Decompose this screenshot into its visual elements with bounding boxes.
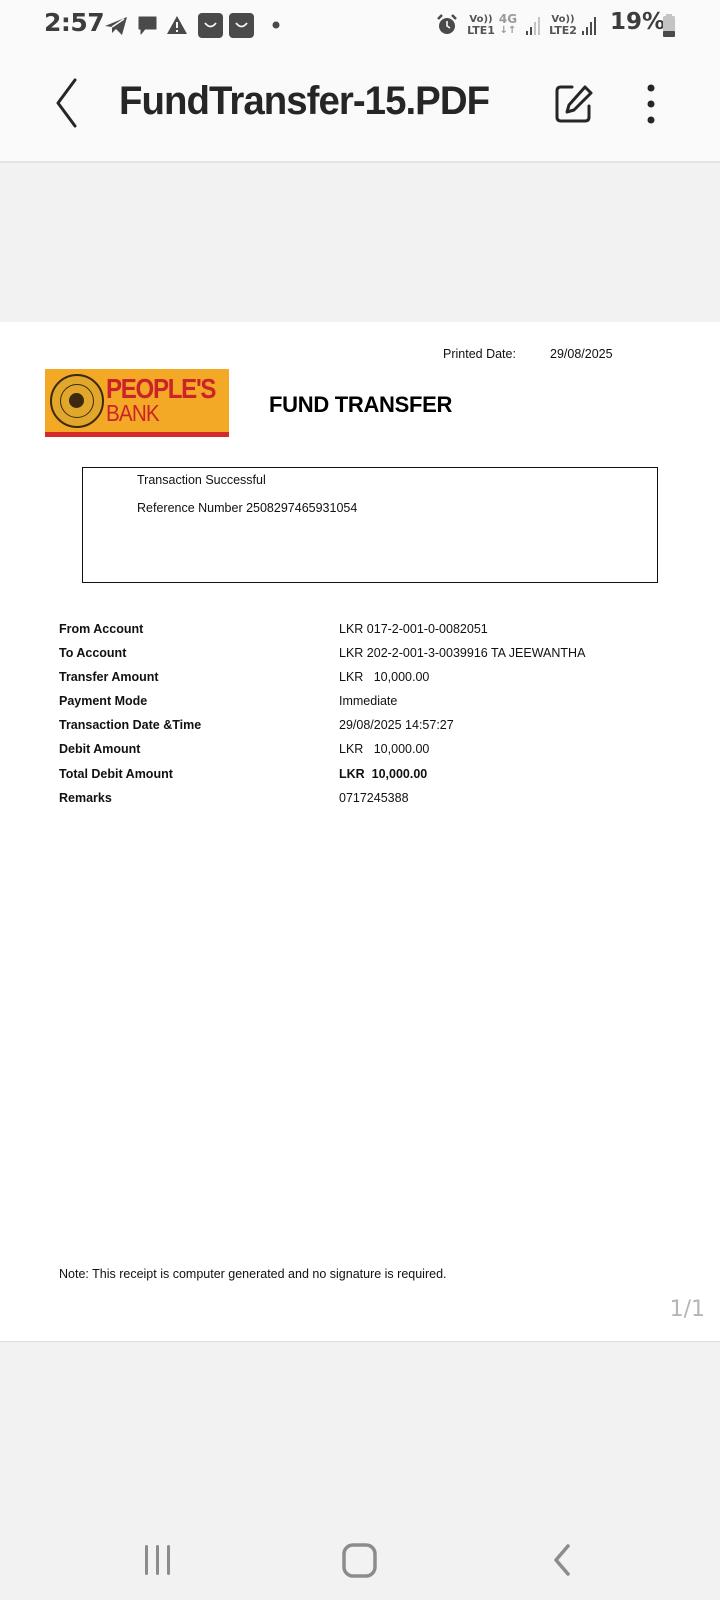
detail-row: Transfer AmountLKR 10,000.00 <box>59 670 679 694</box>
logo-strip <box>45 432 229 437</box>
volte-sim1-icon: Vo)) LTE1 <box>466 14 496 36</box>
transaction-status-box: Transaction Successful Reference Number … <box>82 467 658 583</box>
seal-gear <box>69 393 84 408</box>
pdf-page[interactable]: Printed Date: 29/08/2025 PEOPLE'S BANK F… <box>0 322 720 1342</box>
back-button[interactable] <box>48 76 88 132</box>
detail-label: To Account <box>59 646 126 660</box>
recents-icon <box>128 1533 188 1583</box>
printed-date-label: Printed Date: <box>443 347 516 361</box>
detail-label: From Account <box>59 622 143 636</box>
detail-row: Remarks0717245388 <box>59 791 679 815</box>
detail-value: LKR 10,000.00 <box>339 742 429 756</box>
shopping-bag-icon <box>229 13 254 38</box>
detail-label: Debit Amount <box>59 742 140 756</box>
back-icon <box>532 1533 592 1583</box>
edit-button[interactable] <box>552 82 596 126</box>
warning-icon <box>166 15 188 35</box>
detail-label: Transaction Date &Time <box>59 718 201 732</box>
chevron-left-icon <box>48 76 88 132</box>
detail-value: LKR 202-2-001-3-0039916 TA JEEWANTHA <box>339 646 585 660</box>
document-heading: FUND TRANSFER <box>269 392 452 418</box>
detail-label: Total Debit Amount <box>59 767 173 781</box>
detail-label: Remarks <box>59 791 112 805</box>
status-time: 2:57 <box>44 8 104 37</box>
transaction-details: From AccountLKR 017-2-001-0-0082051To Ac… <box>59 622 679 815</box>
peoples-bank-logo: PEOPLE'S BANK <box>45 369 229 437</box>
detail-value: 0717245388 <box>339 791 409 805</box>
volte-sim2-icon: Vo)) LTE2 <box>548 14 578 36</box>
detail-row: Debit AmountLKR 10,000.00 <box>59 742 679 766</box>
battery-percent: 19% <box>610 9 665 35</box>
detail-label: Payment Mode <box>59 694 147 708</box>
dot-icon <box>272 21 280 29</box>
seal-ring <box>60 384 94 418</box>
detail-value: LKR 10,000.00 <box>339 767 427 781</box>
telegram-icon <box>104 15 128 37</box>
logo-text-bank: BANK <box>106 400 159 427</box>
detail-value: 29/08/2025 14:57:27 <box>339 718 454 732</box>
edit-icon <box>552 82 596 126</box>
navigation-bar <box>0 1533 720 1600</box>
page-indicator: 1/1 <box>670 1297 705 1322</box>
detail-row: Transaction Date &Time29/08/2025 14:57:2… <box>59 718 679 742</box>
more-options-button[interactable] <box>635 82 667 126</box>
battery-icon <box>662 14 676 38</box>
pdf-viewer[interactable]: Printed Date: 29/08/2025 PEOPLE'S BANK F… <box>0 163 720 1533</box>
shopping-bag-icon <box>198 13 223 38</box>
network-4g-icon: 4G ↓↑ <box>498 14 518 36</box>
more-vert-icon <box>635 82 667 126</box>
signal-icon <box>581 16 599 36</box>
detail-row: Total Debit AmountLKR 10,000.00 <box>59 767 679 791</box>
reference-number: Reference Number 2508297465931054 <box>137 501 357 515</box>
detail-value: LKR 10,000.00 <box>339 670 429 684</box>
signal-icon <box>525 16 543 36</box>
system-back-button[interactable] <box>532 1533 592 1583</box>
detail-label: Transfer Amount <box>59 670 159 684</box>
recents-button[interactable] <box>128 1533 188 1583</box>
detail-value: LKR 017-2-001-0-0082051 <box>339 622 488 636</box>
status-bar: 2:57 Vo)) LTE1 4G ↓↑ Vo)) <box>0 0 720 52</box>
detail-row: From AccountLKR 017-2-001-0-0082051 <box>59 622 679 646</box>
app-bar: FundTransfer-15.PDF <box>0 52 720 163</box>
detail-value: Immediate <box>339 694 397 708</box>
detail-row: To AccountLKR 202-2-001-3-0039916 TA JEE… <box>59 646 679 670</box>
transaction-status: Transaction Successful <box>137 473 266 487</box>
bank-seal-icon <box>50 374 104 428</box>
detail-row: Payment ModeImmediate <box>59 694 679 718</box>
home-button[interactable] <box>330 1533 390 1583</box>
printed-date-value: 29/08/2025 <box>550 347 613 361</box>
receipt-note: Note: This receipt is computer generated… <box>59 1267 447 1281</box>
home-icon <box>330 1533 390 1583</box>
document-title: FundTransfer-15.PDF <box>119 79 489 124</box>
alarm-icon <box>436 14 458 36</box>
message-icon <box>137 15 158 36</box>
